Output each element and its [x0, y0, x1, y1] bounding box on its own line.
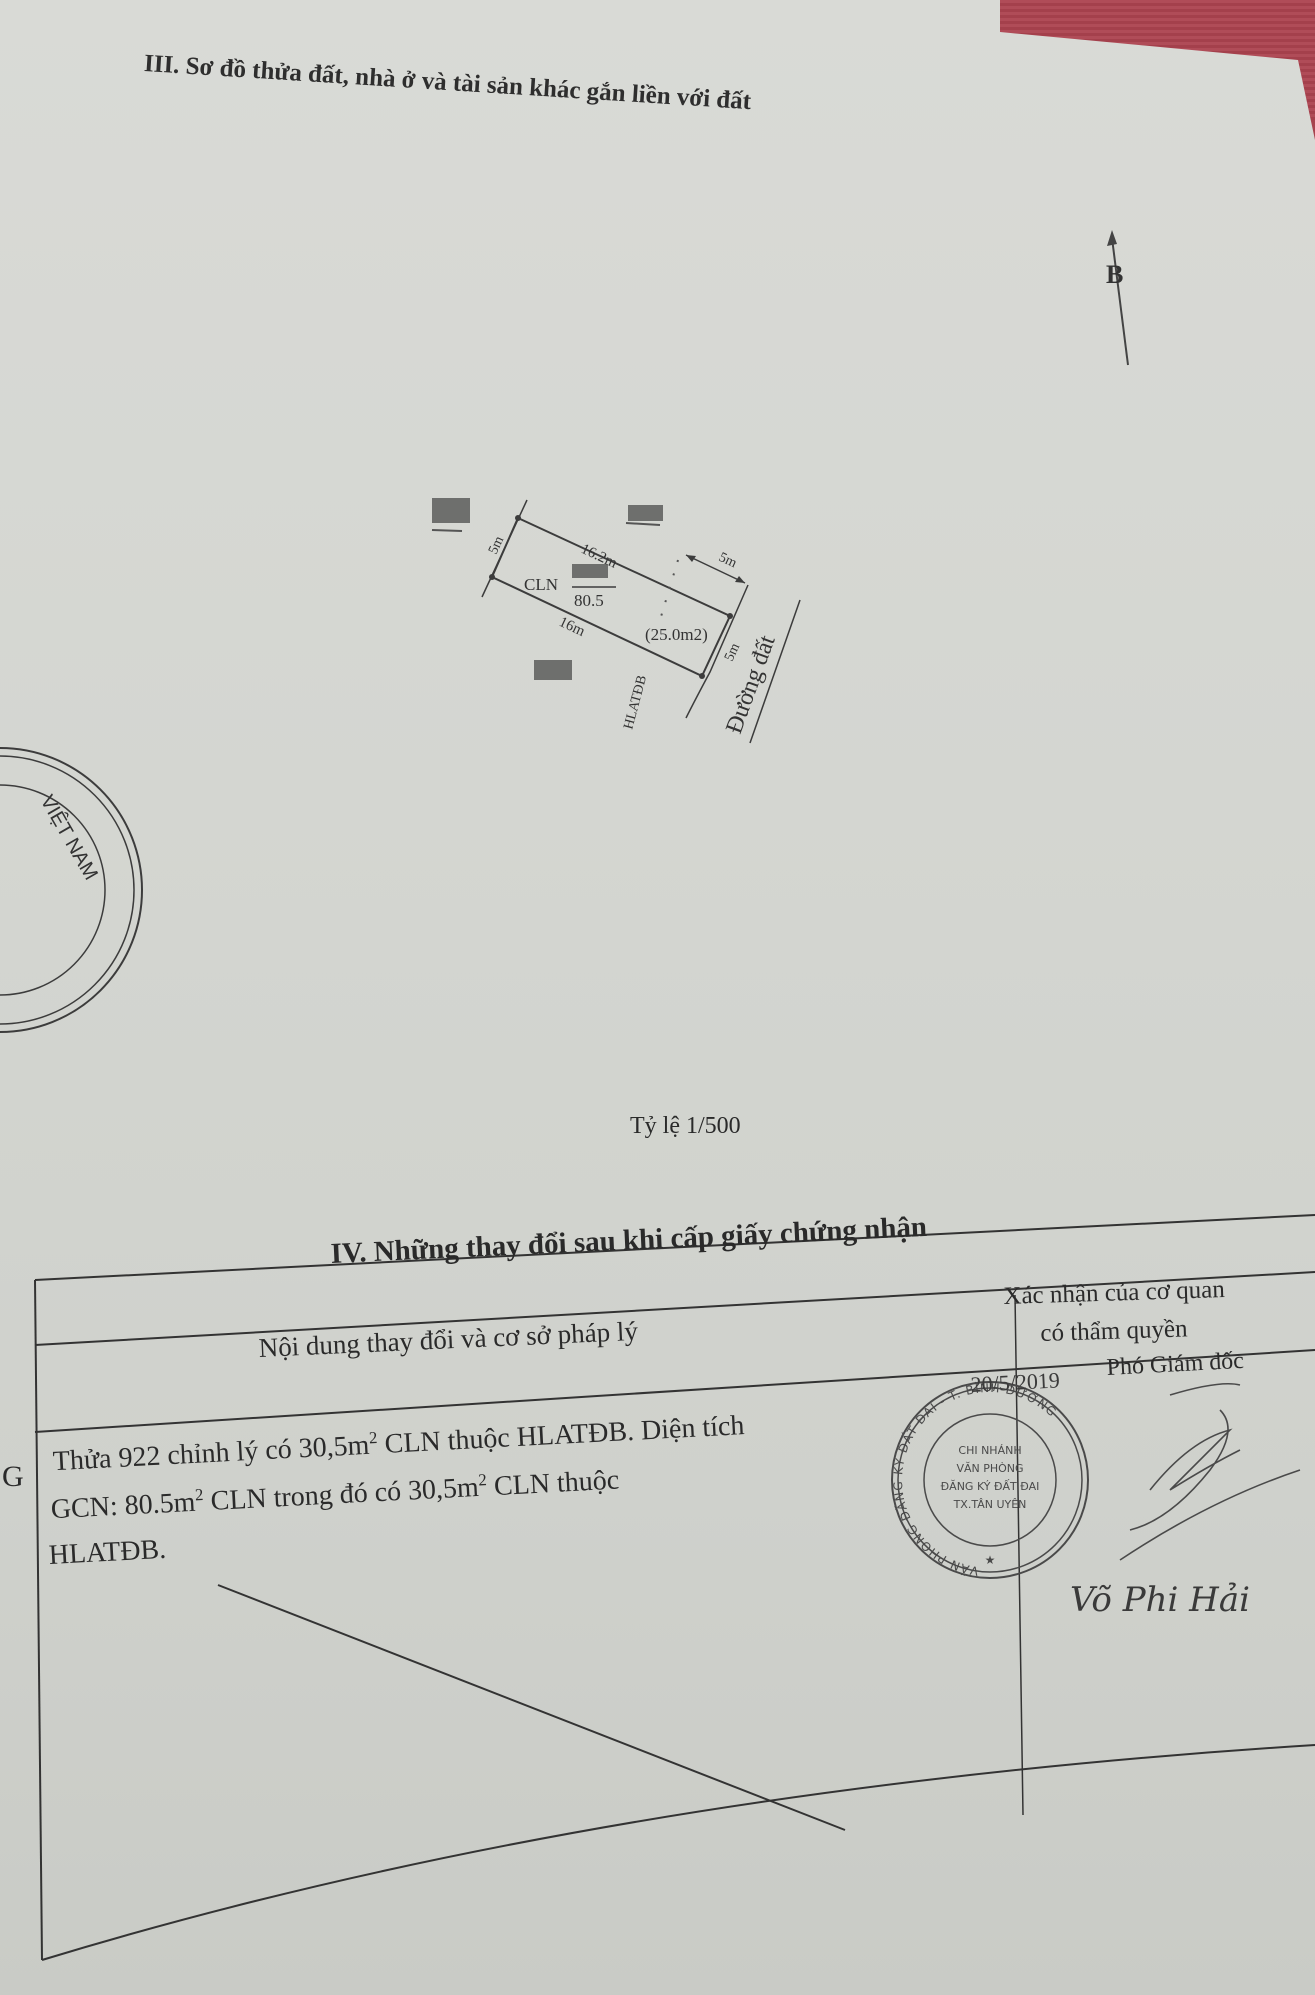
change-content-line-3: HLATĐB.	[48, 1534, 167, 1572]
svg-text:TX.TÂN UYÊN: TX.TÂN UYÊN	[953, 1498, 1027, 1511]
column-header-confirmation-2: có thẩm quyền	[1040, 1315, 1188, 1348]
svg-text:ĐĂNG KÝ ĐẤT ĐAI: ĐĂNG KÝ ĐẤT ĐAI	[941, 1479, 1040, 1493]
svg-text:CHI NHÁNH: CHI NHÁNH	[958, 1444, 1021, 1457]
signer-name: Võ Phi Hải	[1070, 1580, 1250, 1620]
svg-text:★: ★	[985, 1553, 996, 1567]
svg-text:VĂN PHÒNG: VĂN PHÒNG	[956, 1462, 1023, 1475]
signature-icon	[1110, 1370, 1310, 1570]
changes-table-grid	[0, 0, 1315, 1995]
confirmation-date: 20/5/2019	[970, 1367, 1060, 1398]
row-label: G	[2, 1460, 24, 1494]
official-stamp-icon: VĂN PHÒNG ĐĂNG KÝ ĐẤT ĐAI - T. BÌNH DƯƠN…	[890, 1380, 1090, 1590]
